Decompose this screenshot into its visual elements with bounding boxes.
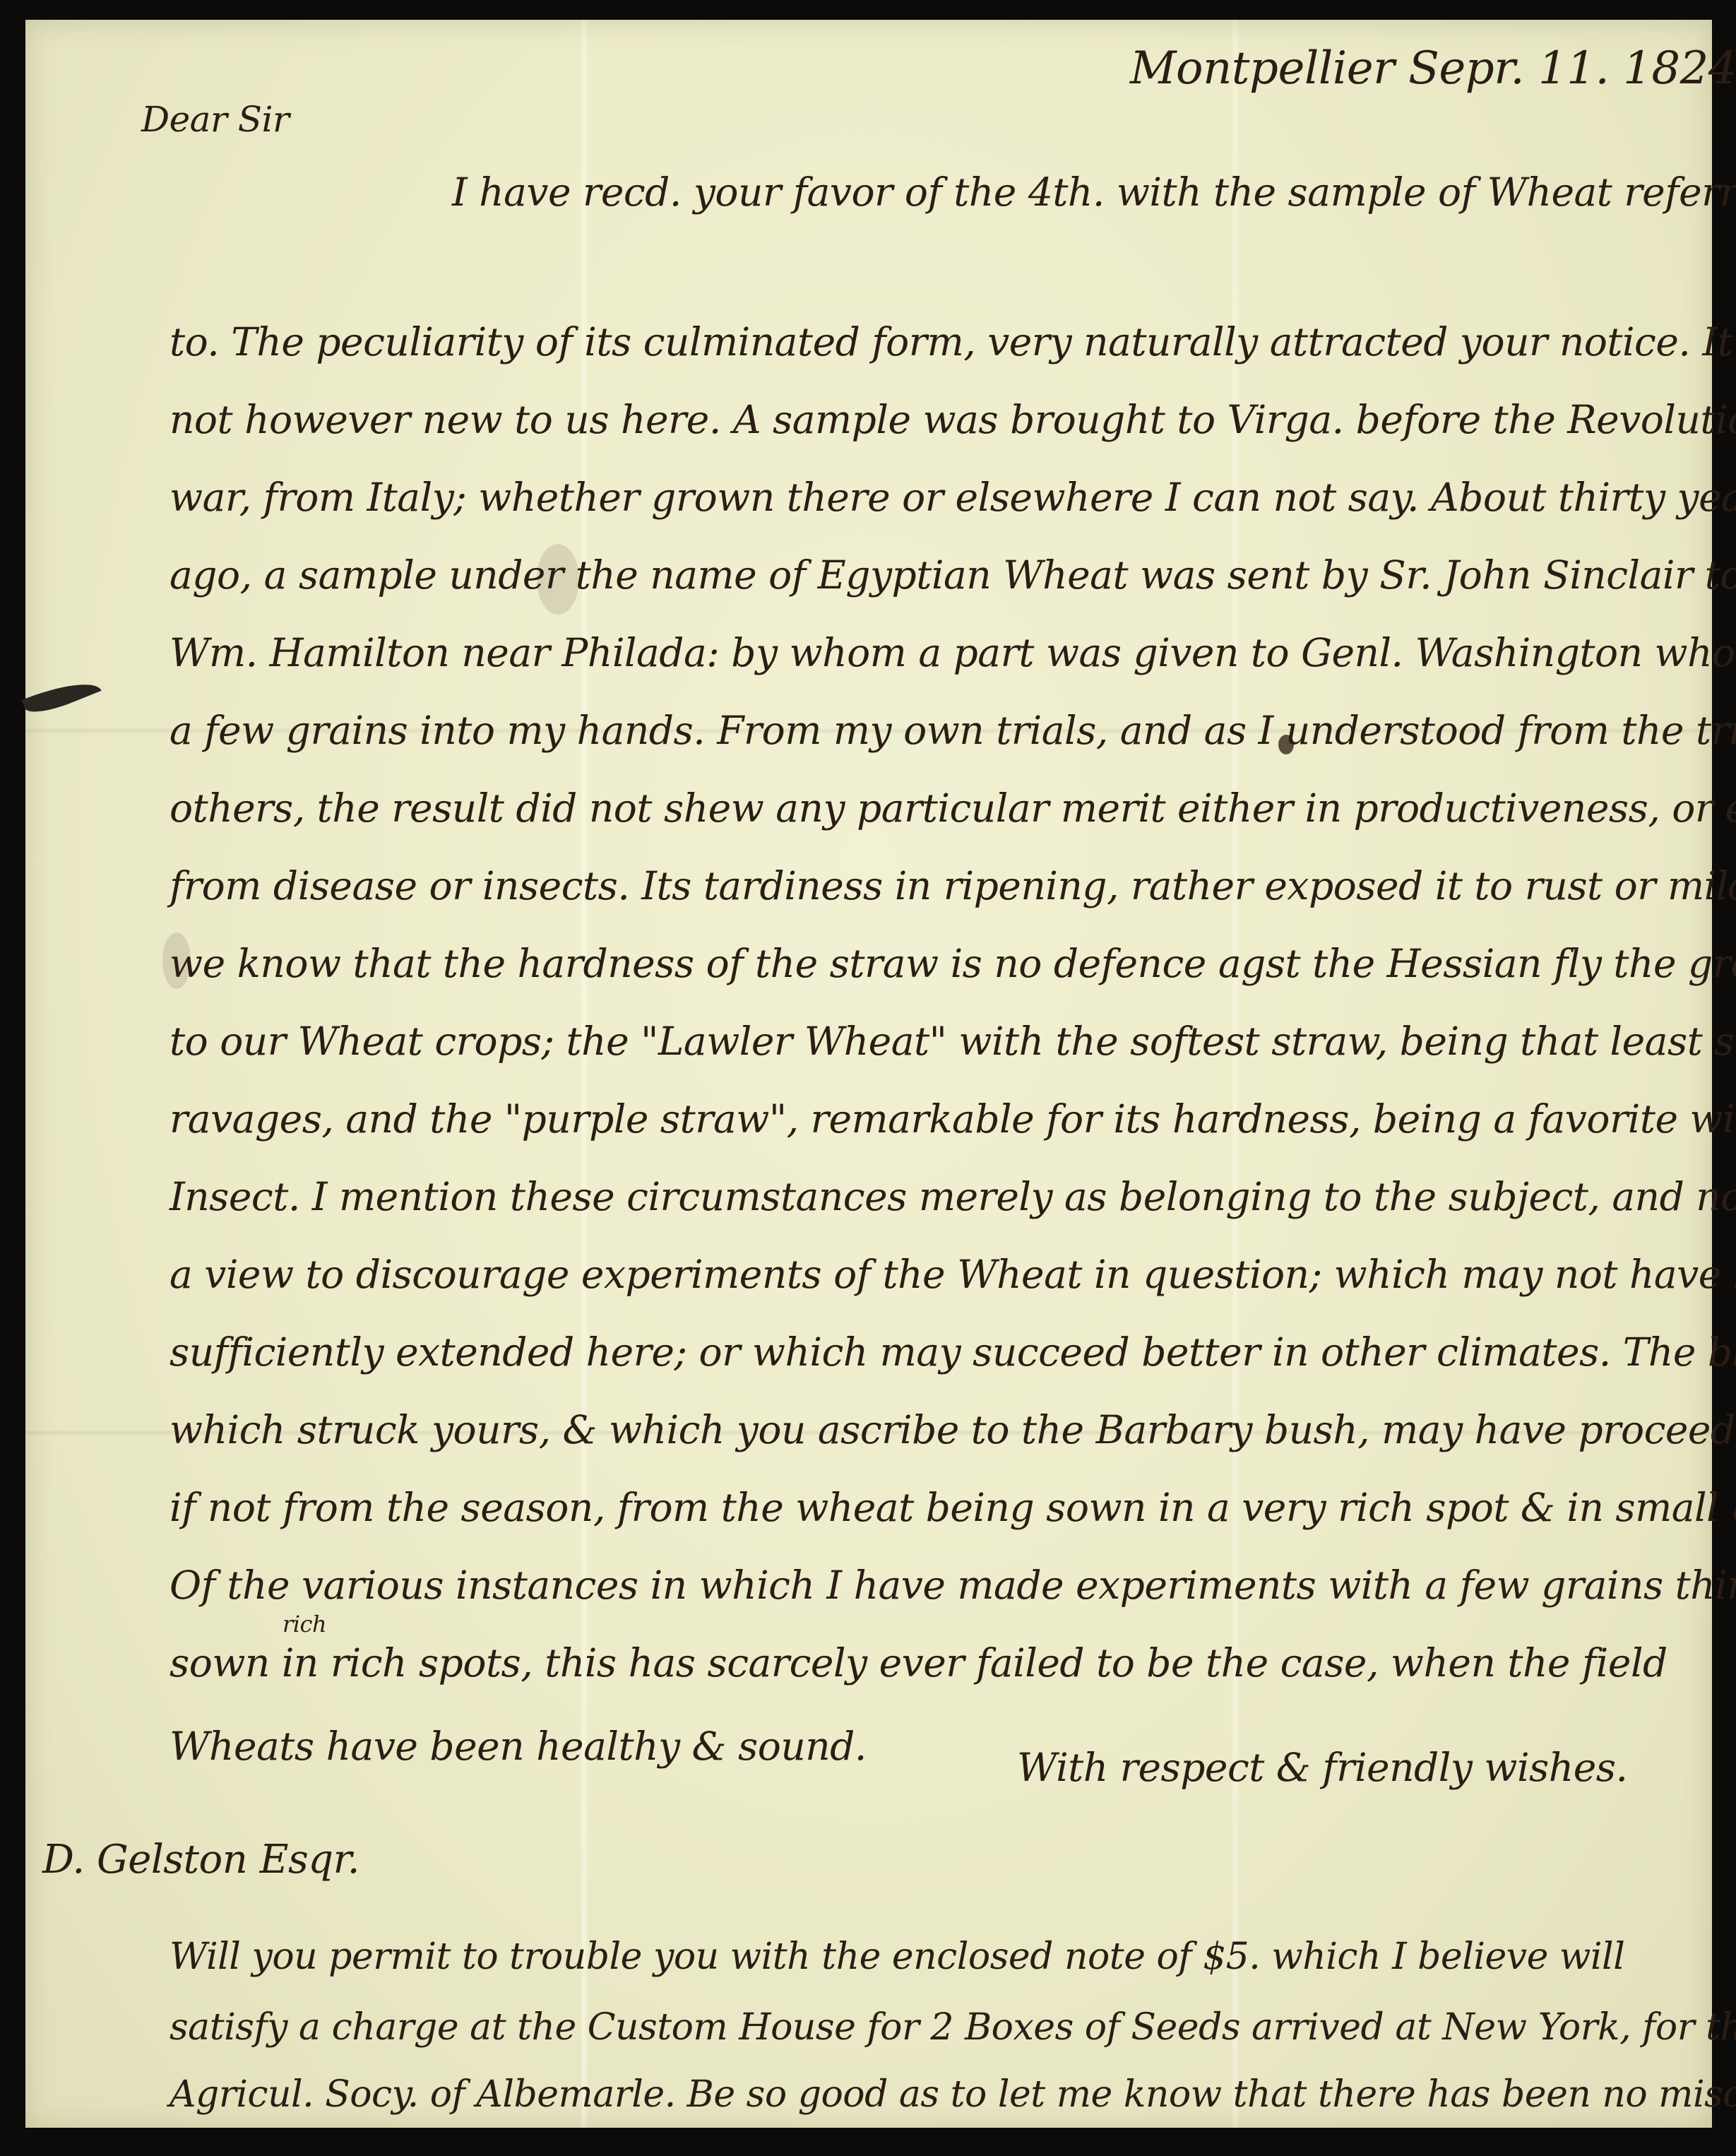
letter-closing: With respect & friendly wishes. bbox=[1017, 1745, 1627, 1790]
body-line: a view to discourage experiments of the … bbox=[170, 1252, 1695, 1297]
letter-dateline: Montpellier Sepr. 11. 1824 bbox=[1130, 42, 1736, 95]
body-line: we know that the hardness of the straw i… bbox=[170, 941, 1695, 986]
body-line: to our Wheat crops; the "Lawler Wheat" w… bbox=[170, 1019, 1695, 1064]
body-line: I have recd. your favor of the 4th. with… bbox=[452, 170, 1695, 215]
body-line: not however new to us here. A sample was… bbox=[170, 397, 1695, 442]
postscript-line: satisfy a charge at the Custom House for… bbox=[170, 2006, 1695, 2049]
body-line: Insect. I mention these circumstances me… bbox=[170, 1174, 1695, 1219]
body-line: sufficiently extended here; or which may… bbox=[170, 1329, 1695, 1375]
body-line: which struck yours, & which you ascribe … bbox=[170, 1407, 1695, 1452]
body-line: war, from Italy; whether grown there or … bbox=[170, 475, 1695, 520]
body-line: if not from the season, from the wheat b… bbox=[170, 1485, 1695, 1530]
body-line: to. The peculiarity of its culminated fo… bbox=[170, 319, 1695, 365]
body-line: ravages, and the "purple straw", remarka… bbox=[170, 1096, 1695, 1142]
body-line: Wm. Hamilton near Philada: by whom a par… bbox=[170, 630, 1695, 675]
body-line: from disease or insects. Its tardiness i… bbox=[170, 863, 1695, 908]
body-line: Of the various instances in which I have… bbox=[170, 1563, 1695, 1608]
postscript-line: Agricul. Socy. of Albemarle. Be so good … bbox=[170, 2073, 1695, 2116]
letter-salutation: Dear Sir bbox=[141, 99, 289, 140]
body-line: sown in rich spots, this has scarcely ev… bbox=[170, 1640, 1695, 1686]
letter-addressee: D. Gelston Esqr. bbox=[42, 1837, 359, 1883]
postscript-line: Will you permit to trouble you with the … bbox=[170, 1936, 1695, 1978]
body-line: others, the result did not shew any part… bbox=[170, 786, 1695, 831]
interlineation: rich bbox=[283, 1611, 326, 1637]
body-line: a few grains into my hands. From my own … bbox=[170, 708, 1695, 753]
body-line: ago, a sample under the name of Egyptian… bbox=[170, 552, 1695, 598]
